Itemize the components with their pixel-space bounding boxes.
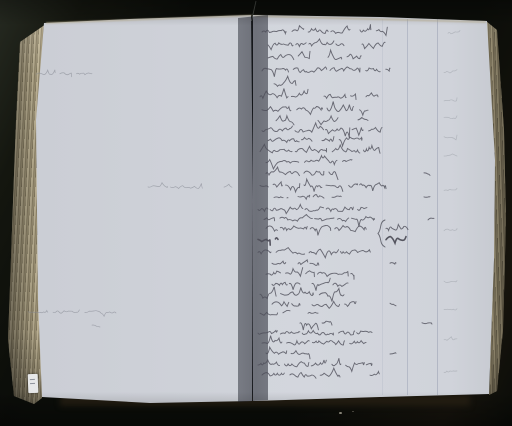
handwritten-ink-line <box>258 248 370 258</box>
brace-mark <box>378 220 385 247</box>
handwritten-ink-line <box>328 50 361 59</box>
handwritten-ink-line <box>390 303 396 306</box>
margin-pencil-mark <box>444 188 457 190</box>
handwritten-ink-line <box>274 76 296 86</box>
pencil-annotation <box>36 70 92 77</box>
margin-pencil-mark <box>444 154 457 156</box>
handwritten-ink-line <box>262 368 340 378</box>
handwritten-ink-line <box>266 225 366 235</box>
margin-pencil-mark <box>444 70 457 73</box>
handwritten-ink-line <box>428 218 434 220</box>
handwritten-ink-line <box>318 116 338 125</box>
handwritten-ink-line <box>422 323 432 324</box>
edge-tab-label <box>28 374 39 393</box>
margin-pencil-mark <box>444 309 457 310</box>
handwritten-ink-line <box>268 51 310 59</box>
margin-pencil-mark <box>444 337 457 341</box>
handwritten-ink-line <box>262 26 350 34</box>
handwritten-ink-line <box>276 116 294 125</box>
pencil-annotation <box>92 325 100 327</box>
handwritten-ink-line <box>260 310 290 315</box>
pencil-annotations <box>28 1 460 373</box>
handwritten-ink-line <box>308 312 318 313</box>
handwritten-ink-line <box>264 215 375 227</box>
handwritten-ink-line <box>268 138 312 143</box>
handwritten-ink-line <box>258 358 372 371</box>
handwritten-ink-line <box>266 167 338 180</box>
handwritten-ink-line <box>424 173 430 176</box>
handwritten-ink-line <box>312 278 348 291</box>
handwritten-ink-line <box>366 93 378 97</box>
handwritten-ink-line <box>258 205 367 214</box>
handwritten-ink-line <box>258 331 372 335</box>
handwritten-ink-line <box>262 123 382 138</box>
handwritten-ink-line <box>260 144 380 153</box>
margin-pencil-mark <box>444 98 457 101</box>
margin-pencil-mark <box>444 228 457 230</box>
handwritten-ink-line <box>386 225 408 231</box>
handwritten-ink-line <box>266 156 352 169</box>
handwritten-ink-line <box>272 302 300 307</box>
handwritten-ink-line <box>258 238 278 245</box>
handwritten-ink-line <box>358 118 368 121</box>
handwritten-ink-line <box>260 89 308 99</box>
margin-pencil-mark <box>444 281 457 283</box>
margin-pencil-mark <box>444 371 457 373</box>
handwriting-svg <box>0 0 512 426</box>
pencil-annotation <box>148 183 203 189</box>
margin-pencil-mark <box>448 30 460 33</box>
handwritten-ink-line <box>362 42 385 48</box>
handwritten-ink-line <box>322 137 362 146</box>
book-photo <box>0 0 512 426</box>
pencil-annotation <box>28 310 116 316</box>
handwritten-ink-line <box>260 287 344 302</box>
handwritten-ink-line <box>298 195 324 200</box>
handwritten-ink-line <box>272 282 300 290</box>
handwritten-ink-line <box>312 301 356 308</box>
handwritten-ink-line <box>386 237 406 244</box>
handwritten-ink-line <box>332 196 341 197</box>
handwritten-ink-line <box>268 39 344 50</box>
handwritten-ink-line <box>262 67 390 77</box>
margin-pencil-mark <box>444 116 457 119</box>
handwritten-ink-line <box>370 372 379 376</box>
handwritten-ink-line <box>272 261 286 264</box>
pencil-annotation <box>224 184 232 187</box>
handwritten-ink-line <box>266 268 354 280</box>
handwritten-ink-line <box>266 347 310 359</box>
handwritten-ink-line <box>300 321 332 330</box>
handwritten-ink-line <box>424 197 430 198</box>
binding-thread <box>252 1 257 21</box>
handwritten-ink-line <box>298 260 319 266</box>
handwritten-ink-line <box>260 179 386 192</box>
handwritten-ink-line <box>274 197 288 198</box>
handwritten-ink-line <box>262 102 368 116</box>
ink-entries <box>258 24 434 378</box>
handwritten-ink-line <box>390 353 396 354</box>
handwritten-ink-line <box>262 336 366 345</box>
handwritten-ink-line <box>360 24 387 35</box>
handwritten-ink-line <box>390 263 396 265</box>
margin-pencil-mark <box>444 135 457 140</box>
handwritten-ink-line <box>324 94 356 100</box>
